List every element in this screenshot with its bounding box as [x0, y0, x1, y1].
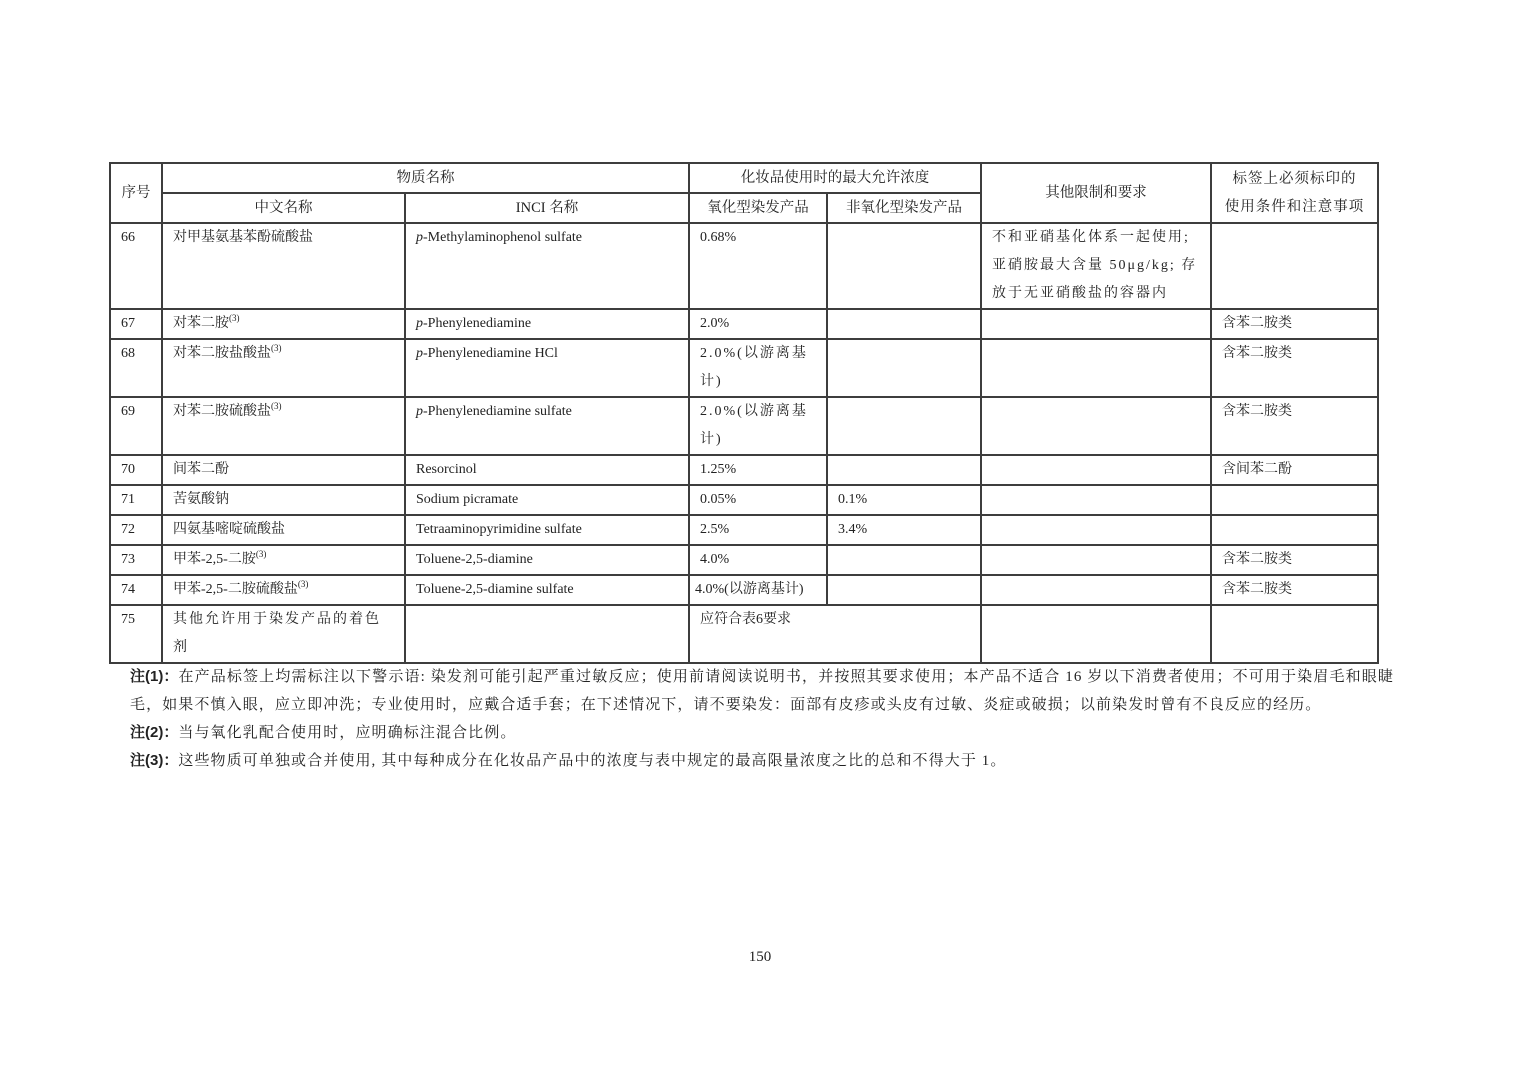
- cell-other-restrictions: [981, 309, 1211, 339]
- cell-chinese-name: 甲苯-2,5-二胺硫酸盐(3): [162, 575, 405, 605]
- page-number: 150: [0, 946, 1520, 968]
- chinese-name-text: 对甲基氨基苯酚硫酸盐: [173, 230, 313, 245]
- cell-non-oxidative: [827, 397, 981, 455]
- cell-inci-name: Tetraaminopyrimidine sulfate: [405, 515, 689, 545]
- note-text: 这些物质可单独或合并使用, 其中每种成分在化妆品产品中的浓度与表中规定的最高限量…: [178, 753, 1006, 769]
- cell-seq: 73: [110, 545, 162, 575]
- note-3: 注(3)：这些物质可单独或合并使用, 其中每种成分在化妆品产品中的浓度与表中规定…: [130, 747, 1394, 775]
- header-oxidative: 氧化型染发产品: [689, 193, 827, 223]
- cell-non-oxidative: [827, 455, 981, 485]
- cell-non-oxidative: 3.4%: [827, 515, 981, 545]
- cell-other-restrictions: [981, 515, 1211, 545]
- cell-other-restrictions: [981, 339, 1211, 397]
- inci-name-text: -Phenylenediamine sulfate: [423, 404, 572, 419]
- cell-chinese-name: 对苯二胺盐酸盐(3): [162, 339, 405, 397]
- cell-label-conditions: [1211, 605, 1378, 663]
- cell-label-conditions: [1211, 485, 1378, 515]
- header-label-conditions: 标签上必须标印的 使用条件和注意事项: [1211, 163, 1378, 223]
- table-row: 73甲苯-2,5-二胺(3)Toluene-2,5-diamine4.0%含苯二…: [110, 545, 1378, 575]
- inci-name-text: Sodium picramate: [416, 492, 518, 507]
- inci-name-text: -Phenylenediamine: [423, 316, 531, 331]
- hair-dye-substances-table: 序号 物质名称 化妆品使用时的最大允许浓度 其他限制和要求 标签上必须标印的 使…: [109, 162, 1379, 664]
- table-row: 71苦氨酸钠Sodium picramate0.05%0.1%: [110, 485, 1378, 515]
- footnote-ref: (3): [271, 343, 282, 353]
- cell-chinese-name: 对苯二胺(3): [162, 309, 405, 339]
- inci-name-text: Tetraaminopyrimidine sulfate: [416, 522, 582, 537]
- cell-chinese-name: 甲苯-2,5-二胺(3): [162, 545, 405, 575]
- cell-inci-name: p-Phenylenediamine: [405, 309, 689, 339]
- header-row-1: 序号 物质名称 化妆品使用时的最大允许浓度 其他限制和要求 标签上必须标印的 使…: [110, 163, 1378, 193]
- inci-prefix: p: [416, 316, 423, 331]
- table-row: 72四氨基嘧啶硫酸盐Tetraaminopyrimidine sulfate2.…: [110, 515, 1378, 545]
- cell-inci-name: Sodium picramate: [405, 485, 689, 515]
- cell-inci-name: p-Phenylenediamine HCl: [405, 339, 689, 397]
- cell-seq: 71: [110, 485, 162, 515]
- header-chinese-name: 中文名称: [162, 193, 405, 223]
- table-row: 70间苯二酚Resorcinol1.25%含间苯二酚: [110, 455, 1378, 485]
- inci-name-text: -Methylaminophenol sulfate: [423, 230, 582, 245]
- cell-other-restrictions: [981, 575, 1211, 605]
- cell-oxidative: 0.68%: [689, 223, 827, 309]
- cell-label-conditions: 含苯二胺类: [1211, 339, 1378, 397]
- cell-label-conditions: 含间苯二酚: [1211, 455, 1378, 485]
- cell-concentration: 应符合表6要求: [689, 605, 981, 663]
- inci-name-text: Toluene-2,5-diamine sulfate: [416, 582, 574, 597]
- note-text: 当与氧化乳配合使用时，应明确标注混合比例。: [178, 725, 516, 741]
- inci-prefix: p: [416, 230, 423, 245]
- chinese-name-text: 对苯二胺: [173, 316, 229, 331]
- table-notes: 注(1)：在产品标签上均需标注以下警示语: 染发剂可能引起严重过敏反应；使用前请…: [130, 663, 1394, 775]
- note-2: 注(2)：当与氧化乳配合使用时，应明确标注混合比例。: [130, 719, 1394, 747]
- cell-other-restrictions: 不和亚硝基化体系一起使用;亚硝胺最大含量 50μg/kg; 存放于无亚硝酸盐的容…: [981, 223, 1211, 309]
- table-row: 75其他允许用于染发产品的着色剂应符合表6要求: [110, 605, 1378, 663]
- cell-non-oxidative: [827, 223, 981, 309]
- inci-prefix: p: [416, 404, 423, 419]
- regulation-table-container: 序号 物质名称 化妆品使用时的最大允许浓度 其他限制和要求 标签上必须标印的 使…: [109, 162, 1379, 664]
- inci-name-text: -Phenylenediamine HCl: [423, 346, 558, 361]
- cell-oxidative: 2.0%(以游离基计): [689, 397, 827, 455]
- cell-chinese-name: 其他允许用于染发产品的着色剂: [162, 605, 405, 663]
- cell-other-restrictions: [981, 545, 1211, 575]
- cell-seq: 66: [110, 223, 162, 309]
- chinese-name-text: 甲苯-2,5-二胺硫酸盐: [173, 582, 298, 597]
- inci-name-text: Toluene-2,5-diamine: [416, 552, 533, 567]
- cell-non-oxidative: [827, 545, 981, 575]
- chinese-name-text: 四氨基嘧啶硫酸盐: [173, 522, 285, 537]
- footnote-ref: (3): [298, 579, 309, 589]
- cell-chinese-name: 四氨基嘧啶硫酸盐: [162, 515, 405, 545]
- header-max-concentration: 化妆品使用时的最大允许浓度: [689, 163, 981, 193]
- cell-seq: 72: [110, 515, 162, 545]
- chinese-name-text: 对苯二胺盐酸盐: [173, 346, 271, 361]
- cell-label-conditions: 含苯二胺类: [1211, 309, 1378, 339]
- table-row: 66对甲基氨基苯酚硫酸盐p-Methylaminophenol sulfate0…: [110, 223, 1378, 309]
- cell-non-oxidative: 0.1%: [827, 485, 981, 515]
- chinese-name-text: 对苯二胺硫酸盐: [173, 404, 271, 419]
- cell-other-restrictions: [981, 397, 1211, 455]
- table-body: 66对甲基氨基苯酚硫酸盐p-Methylaminophenol sulfate0…: [110, 223, 1378, 663]
- note-label: 注(3)：: [130, 752, 178, 769]
- footnote-ref: (3): [229, 313, 240, 323]
- cell-seq: 67: [110, 309, 162, 339]
- cell-oxidative: 0.05%: [689, 485, 827, 515]
- cell-inci-name: p-Phenylenediamine sulfate: [405, 397, 689, 455]
- cell-oxidative: 1.25%: [689, 455, 827, 485]
- cell-seq: 75: [110, 605, 162, 663]
- footnote-ref: (3): [271, 401, 282, 411]
- cell-label-conditions: [1211, 515, 1378, 545]
- cell-label-conditions: 含苯二胺类: [1211, 545, 1378, 575]
- cell-inci-name: Toluene-2,5-diamine: [405, 545, 689, 575]
- cell-seq: 74: [110, 575, 162, 605]
- cell-chinese-name: 对苯二胺硫酸盐(3): [162, 397, 405, 455]
- cell-non-oxidative: [827, 339, 981, 397]
- cell-non-oxidative: [827, 575, 981, 605]
- cell-inci-name: p-Methylaminophenol sulfate: [405, 223, 689, 309]
- chinese-name-text: 其他允许用于染发产品的着色剂: [173, 612, 381, 655]
- cell-oxidative: 2.0%(以游离基计): [689, 339, 827, 397]
- table-row: 67对苯二胺(3)p-Phenylenediamine2.0%含苯二胺类: [110, 309, 1378, 339]
- cell-seq: 69: [110, 397, 162, 455]
- cell-inci-name: Toluene-2,5-diamine sulfate: [405, 575, 689, 605]
- table-row: 69对苯二胺硫酸盐(3)p-Phenylenediamine sulfate2.…: [110, 397, 1378, 455]
- cell-chinese-name: 苦氨酸钠: [162, 485, 405, 515]
- note-1: 注(1)：在产品标签上均需标注以下警示语: 染发剂可能引起严重过敏反应；使用前请…: [130, 663, 1394, 719]
- chinese-name-text: 甲苯-2,5-二胺: [173, 552, 256, 567]
- table-header: 序号 物质名称 化妆品使用时的最大允许浓度 其他限制和要求 标签上必须标印的 使…: [110, 163, 1378, 223]
- cell-inci-name: [405, 605, 689, 663]
- cell-oxidative: 2.5%: [689, 515, 827, 545]
- header-inci-name: INCI 名称: [405, 193, 689, 223]
- header-other-restrictions: 其他限制和要求: [981, 163, 1211, 223]
- cell-inci-name: Resorcinol: [405, 455, 689, 485]
- table-row: 68对苯二胺盐酸盐(3)p-Phenylenediamine HCl2.0%(以…: [110, 339, 1378, 397]
- inci-name-text: Resorcinol: [416, 462, 477, 477]
- cell-chinese-name: 间苯二酚: [162, 455, 405, 485]
- cell-other-restrictions: [981, 605, 1211, 663]
- header-seq: 序号: [110, 163, 162, 223]
- cell-oxidative: 4.0%(以游离基计): [689, 575, 827, 605]
- cell-non-oxidative: [827, 309, 981, 339]
- cell-seq: 70: [110, 455, 162, 485]
- cell-other-restrictions: [981, 455, 1211, 485]
- footnote-ref: (3): [256, 549, 267, 559]
- cell-oxidative: 2.0%: [689, 309, 827, 339]
- note-label: 注(1)：: [130, 668, 178, 685]
- cell-seq: 68: [110, 339, 162, 397]
- cell-label-conditions: [1211, 223, 1378, 309]
- cell-label-conditions: 含苯二胺类: [1211, 575, 1378, 605]
- header-non-oxidative: 非氧化型染发产品: [827, 193, 981, 223]
- header-substance-name: 物质名称: [162, 163, 689, 193]
- note-label: 注(2)：: [130, 724, 178, 741]
- table-row: 74甲苯-2,5-二胺硫酸盐(3)Toluene-2,5-diamine sul…: [110, 575, 1378, 605]
- cell-oxidative: 4.0%: [689, 545, 827, 575]
- chinese-name-text: 苦氨酸钠: [173, 492, 229, 507]
- cell-label-conditions: 含苯二胺类: [1211, 397, 1378, 455]
- cell-other-restrictions: [981, 485, 1211, 515]
- cell-chinese-name: 对甲基氨基苯酚硫酸盐: [162, 223, 405, 309]
- inci-prefix: p: [416, 346, 423, 361]
- note-text: 在产品标签上均需标注以下警示语: 染发剂可能引起严重过敏反应；使用前请阅读说明书…: [130, 669, 1394, 713]
- chinese-name-text: 间苯二酚: [173, 462, 229, 477]
